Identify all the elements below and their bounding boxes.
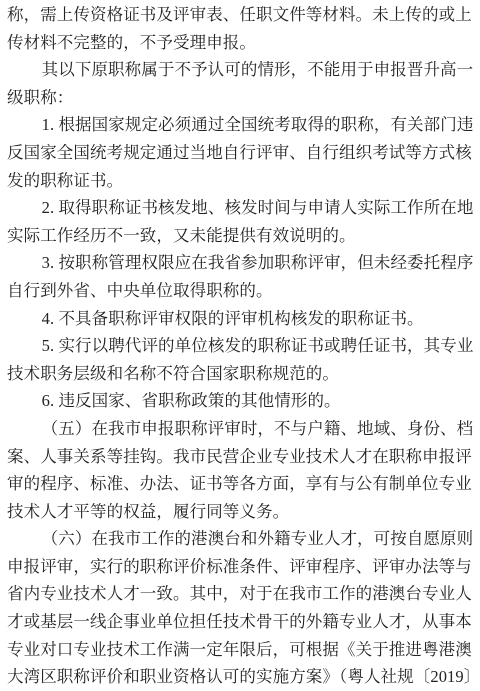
text-line: 级职称： <box>7 84 474 112</box>
text-line: 传材料不完整的，不予受理申报。 <box>7 29 474 57</box>
text-line: 1. 根据国家规定必须通过全国统考取得的职称，有关部门违 <box>7 111 474 139</box>
document-page: 称，需上传资格证书及评审表、任职文件等材料。未上传的或上 传材料不完整的，不予受… <box>0 0 480 691</box>
text-line: 案、人事关系等挂钩。我市民营企业专业技术人才在职称申报评 <box>7 443 474 471</box>
text-line: 技术人才平等的权益，履行同等义务。 <box>7 498 474 526</box>
text-line: 专业对口专业技术工作满一定年限后，可根据《关于推进粤港澳 <box>7 636 474 664</box>
text-line: 才或基层一线企事业单位担任技术骨干的外籍专业人才，从事本 <box>7 608 474 636</box>
text-line: 称，需上传资格证书及评审表、任职文件等材料。未上传的或上 <box>7 1 474 29</box>
text-line: 审的程序、标准、办法、证书等各方面，享有与公有制单位专业 <box>7 470 474 498</box>
text-line: 6. 违反国家、省职称政策的其他情形的。 <box>7 387 474 415</box>
text-line: 4. 不具备职称评审权限的评审机构核发的职称证书。 <box>7 305 474 333</box>
text-line: 2. 取得职称证书核发地、核发时间与申请人实际工作所在地、 <box>7 194 474 222</box>
text-line: 其以下原职称属于不予认可的情形，不能用于申报晋升高一 <box>7 56 474 84</box>
text-line: 3. 按职称管理权限应在我省参加职称评审，但未经委托程序 <box>7 249 474 277</box>
text-line: 大湾区职称评价和职业资格认可的实施方案》（粤人社规〔2019〕 <box>7 663 474 691</box>
text-line: （五）在我市申报职称评审时，不与户籍、地域、身份、档 <box>7 415 474 443</box>
text-line: 省内专业技术人才一致。其中，对于在我市工作的港澳台专业人 <box>7 580 474 608</box>
text-line: 技术职务层级和名称不符合国家职称规范的。 <box>7 360 474 388</box>
text-line: 5. 实行以聘代评的单位核发的职称证书或聘任证书，其专业 <box>7 332 474 360</box>
text-line: 反国家全国统考规定通过当地自行评审、自行组织考试等方式核 <box>7 139 474 167</box>
text-line: （六）在我市工作的港澳台和外籍专业人才，可按自愿原则 <box>7 525 474 553</box>
text-line: 自行到外省、中央单位取得职称的。 <box>7 277 474 305</box>
text-line: 申报评审，实行的职称评价标准条件、评审程序、评审办法等与 <box>7 553 474 581</box>
text-line: 发的职称证书。 <box>7 167 474 195</box>
text-line: 实际工作经历不一致，又未能提供有效说明的。 <box>7 222 474 250</box>
